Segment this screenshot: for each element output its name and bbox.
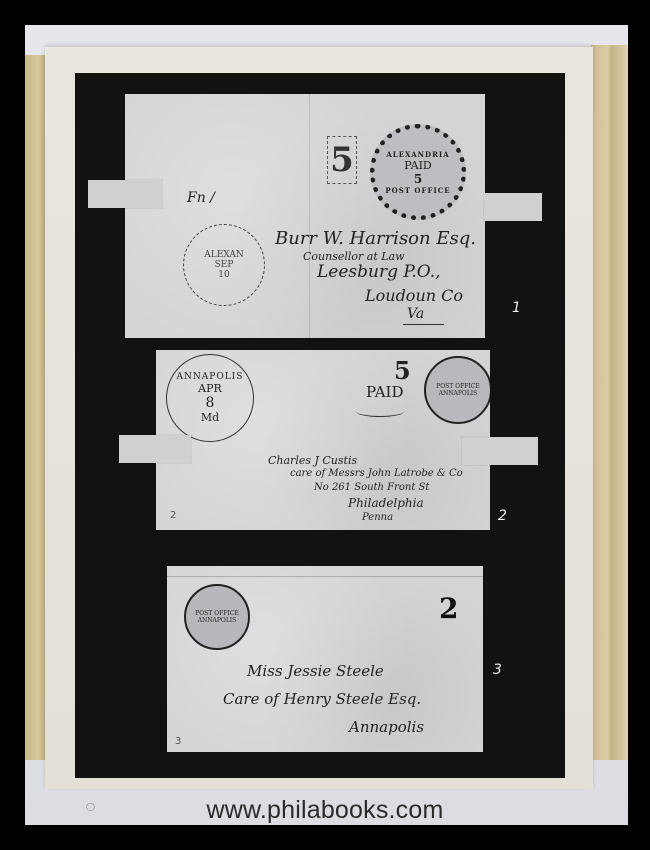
postmark-month: APR (198, 382, 222, 395)
annapolis-post-office-stamp: POST OFFICE ANNAPOLIS (184, 584, 250, 650)
stamp-paid: PAID (404, 159, 432, 172)
address-line: Burr W. Harrison Esq. (275, 228, 476, 249)
postmark-day: 8 (206, 395, 215, 411)
pencil-number: 2 (170, 510, 176, 521)
paid-mark: PAID (366, 383, 404, 401)
rate-mark-1: 5 (327, 136, 357, 184)
cover-2: ANNAPOLIS APR 8 Md 5 PAID POST OFFICE AN… (156, 350, 490, 530)
watermark: www.philabooks.com (0, 796, 650, 825)
rate-mark-2: 5 (394, 356, 411, 385)
pencil-number: 3 (175, 736, 181, 747)
paid-underline (356, 406, 404, 417)
stamp-top-text: ALEXANDRIA (386, 150, 449, 159)
postmark-town: ANNAPOLIS (177, 372, 244, 382)
hinge (119, 435, 191, 463)
hinge (484, 193, 542, 221)
plate-number-2: 2 (498, 508, 507, 524)
address-line: Care of Henry Steele Esq. (223, 690, 421, 708)
stamp-bottom-text: POST OFFICE (385, 186, 450, 195)
postmark-state: Md (201, 411, 219, 424)
cover-3: POST OFFICE ANNAPOLIS 2 Miss Jessie Stee… (167, 566, 483, 752)
flap-line (167, 576, 483, 577)
hinge (462, 437, 538, 465)
stamp-text: POST OFFICE ANNAPOLIS (193, 610, 241, 624)
postmark-town: ALEXAN (204, 250, 244, 260)
postmark-month: SEP (215, 260, 234, 270)
address-line: Charles J Custis (268, 454, 357, 467)
rate-mark-3: 2 (439, 592, 458, 625)
plate-number-3: 3 (493, 662, 502, 678)
address-line: care of Messrs John Latrobe & Co (290, 468, 463, 479)
address-line: Miss Jessie Steele (247, 662, 384, 680)
hinge (88, 180, 162, 208)
alexandria-stamp: ALEXANDRIA PAID 5 POST OFFICE (370, 124, 466, 220)
annapolis-post-office-stamp: POST OFFICE ANNAPOLIS (424, 356, 490, 424)
annapolis-postmark: ANNAPOLIS APR 8 Md (166, 354, 254, 442)
address-line: Leesburg P.O., (317, 262, 441, 282)
docket-note: Fn / (187, 190, 215, 206)
address-line: Penna (362, 512, 393, 523)
address-line: Annapolis (349, 718, 424, 736)
address-line: No 261 South Front St (314, 482, 429, 493)
folder-edge-left (25, 55, 47, 760)
stamp-value: 5 (414, 172, 422, 186)
cover-1: 5 ALEXANDRIA PAID 5 POST OFFICE Fn / ALE… (125, 94, 485, 338)
address-line: Loudoun Co (365, 286, 463, 305)
address-line: Philadelphia (348, 496, 424, 510)
postmark-day: 10 (218, 270, 229, 280)
address-line: Va (403, 306, 444, 325)
plate-number-1: 1 (512, 300, 521, 316)
postmark-1: ALEXAN SEP 10 (183, 224, 265, 306)
folder-edge-right (591, 45, 628, 760)
stamp-text: POST OFFICE ANNAPOLIS (433, 383, 483, 397)
